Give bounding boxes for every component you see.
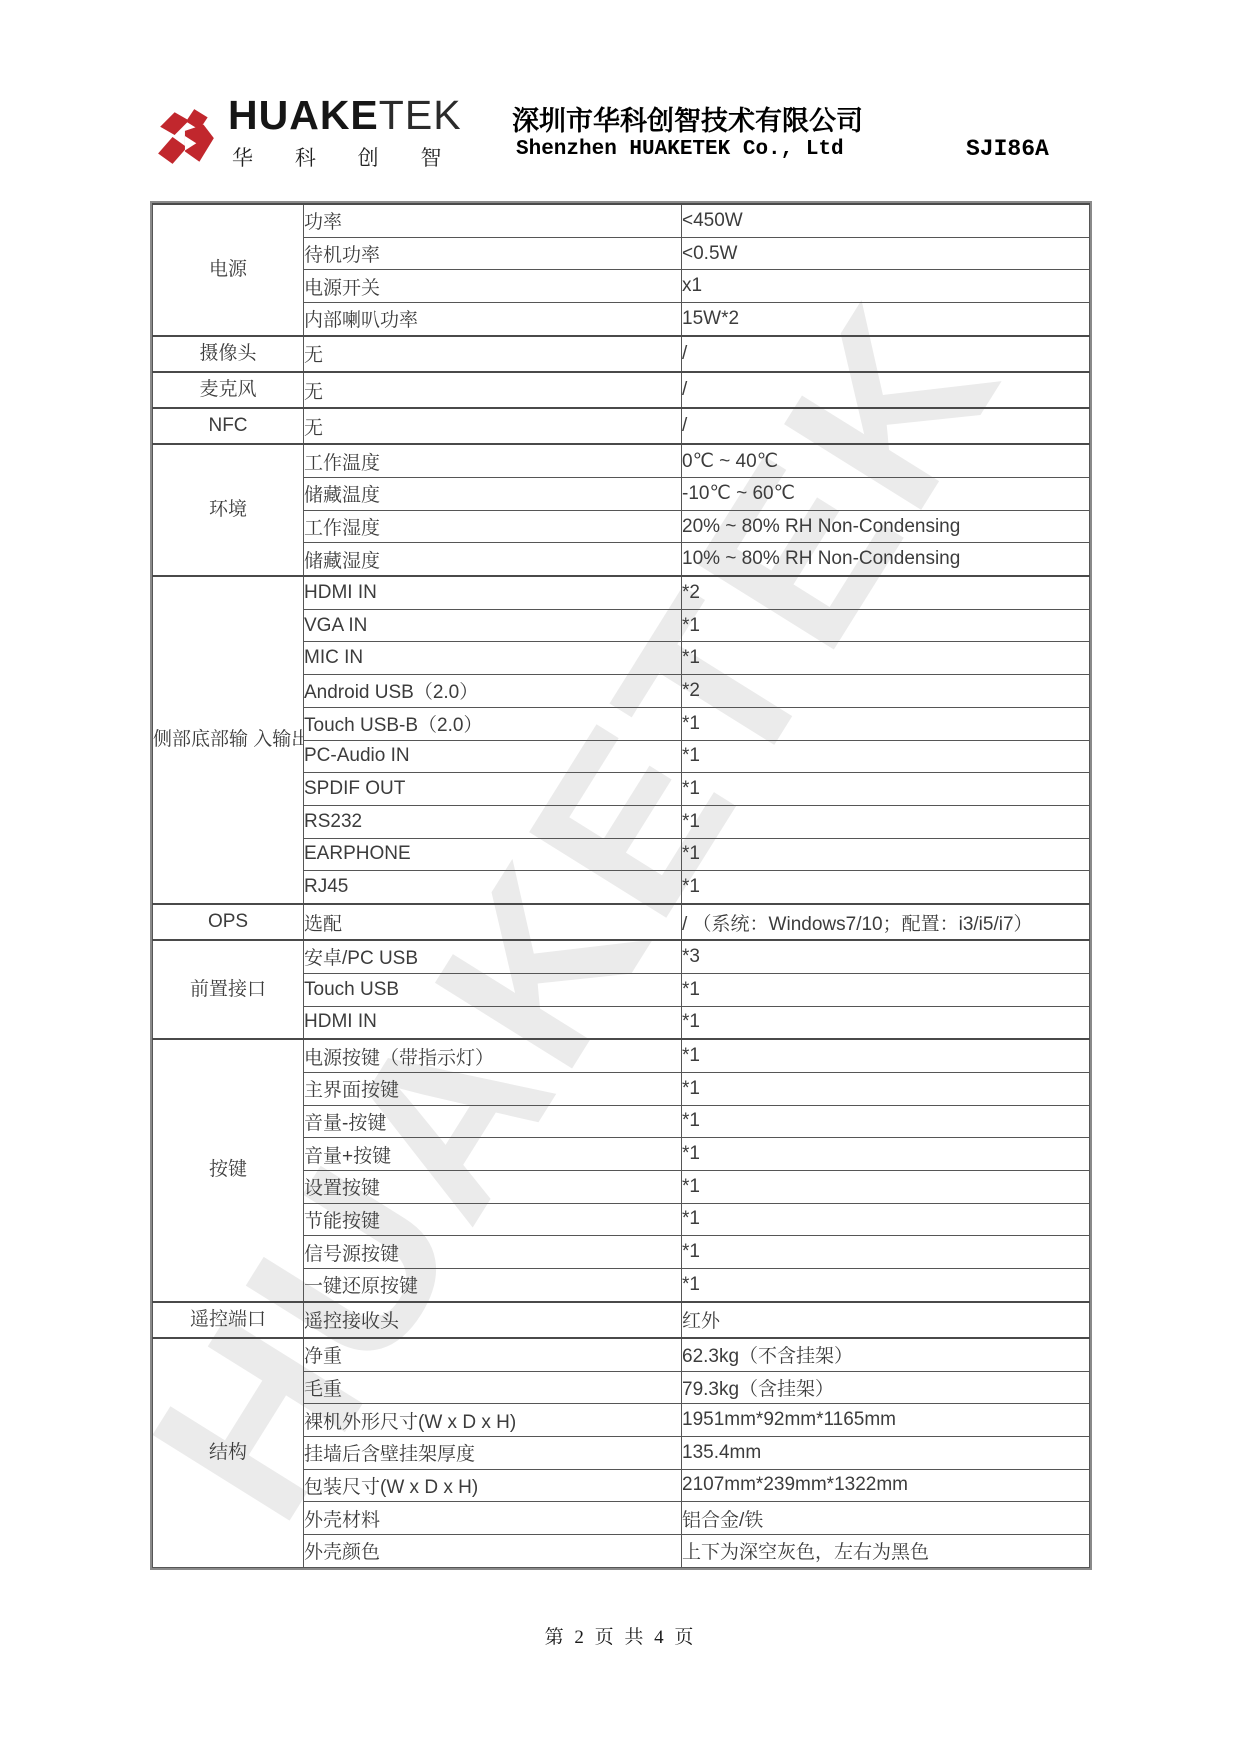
table-row: 按键电源按键（带指示灯）*1 bbox=[153, 1039, 1090, 1072]
value-cell: 2107mm*239mm*1322mm bbox=[682, 1469, 1090, 1502]
param-cell: 音量+按键 bbox=[304, 1138, 682, 1171]
param-cell: Android USB（2.0） bbox=[304, 675, 682, 708]
param-cell: 无 bbox=[304, 372, 682, 408]
value-cell: *1 bbox=[682, 1039, 1090, 1072]
value-cell: 红外 bbox=[682, 1302, 1090, 1338]
spec-table-body: 电源功率<450W待机功率<0.5W电源开关x1内部喇叭功率15W*2摄像头无/… bbox=[153, 204, 1090, 1567]
param-cell: 外壳颜色 bbox=[304, 1535, 682, 1568]
param-cell: 储藏湿度 bbox=[304, 543, 682, 576]
table-row: 结构净重62.3kg（不含挂架） bbox=[153, 1338, 1090, 1371]
document-page: HUAKETEK HUAKETEK 华 科 创 智 深圳市华科创智技术有限公司 … bbox=[0, 0, 1241, 1754]
brand-cn: 华 科 创 智 bbox=[232, 142, 460, 172]
param-cell: 音量-按键 bbox=[304, 1105, 682, 1138]
value-cell: 铝合金/铁 bbox=[682, 1502, 1090, 1535]
value-cell: *1 bbox=[682, 1170, 1090, 1203]
value-cell: / bbox=[682, 336, 1090, 372]
value-cell: *1 bbox=[682, 838, 1090, 871]
param-cell: 内部喇叭功率 bbox=[304, 303, 682, 336]
param-cell: 无 bbox=[304, 336, 682, 372]
value-cell: *1 bbox=[682, 973, 1090, 1006]
value-cell: *1 bbox=[682, 773, 1090, 806]
category-cell: OPS bbox=[153, 904, 304, 940]
param-cell: HDMI IN bbox=[304, 576, 682, 609]
model-number: SJI86A bbox=[966, 136, 1049, 162]
value-cell: *1 bbox=[682, 609, 1090, 642]
value-cell: *1 bbox=[682, 1269, 1090, 1302]
category-cell: 摄像头 bbox=[153, 336, 304, 372]
huaketek-logo-icon bbox=[157, 104, 217, 168]
value-cell: -10℃ ~ 60℃ bbox=[682, 478, 1090, 511]
value-cell: 15W*2 bbox=[682, 303, 1090, 336]
param-cell: Touch USB-B（2.0） bbox=[304, 707, 682, 740]
param-cell: 净重 bbox=[304, 1338, 682, 1371]
value-cell: 135.4mm bbox=[682, 1436, 1090, 1469]
company-name-en: Shenzhen HUAKETEK Co., Ltd bbox=[516, 138, 844, 161]
category-cell: 按键 bbox=[153, 1039, 304, 1302]
param-cell: VGA IN bbox=[304, 609, 682, 642]
param-cell: 设置按键 bbox=[304, 1170, 682, 1203]
value-cell: *1 bbox=[682, 642, 1090, 675]
value-cell: *1 bbox=[682, 707, 1090, 740]
param-cell: 挂墙后含壁挂架厚度 bbox=[304, 1436, 682, 1469]
param-cell: 遥控接收头 bbox=[304, 1302, 682, 1338]
table-row: 侧部底部输 入输出接口HDMI IN*2 bbox=[153, 576, 1090, 609]
param-cell: 一键还原按键 bbox=[304, 1269, 682, 1302]
param-cell: 选配 bbox=[304, 904, 682, 940]
value-cell: 10% ~ 80% RH Non-Condensing bbox=[682, 543, 1090, 576]
spec-table: 电源功率<450W待机功率<0.5W电源开关x1内部喇叭功率15W*2摄像头无/… bbox=[152, 203, 1090, 1568]
value-cell: *2 bbox=[682, 576, 1090, 609]
param-cell: 功率 bbox=[304, 204, 682, 237]
param-cell: RS232 bbox=[304, 805, 682, 838]
value-cell: *1 bbox=[682, 1072, 1090, 1105]
param-cell: 节能按键 bbox=[304, 1203, 682, 1236]
value-cell: *1 bbox=[682, 740, 1090, 773]
param-cell: SPDIF OUT bbox=[304, 773, 682, 806]
company-name-cn: 深圳市华科创智技术有限公司 bbox=[512, 99, 863, 138]
param-cell: 毛重 bbox=[304, 1371, 682, 1404]
value-cell: / bbox=[682, 408, 1090, 444]
param-cell: 裸机外形尺寸(W x D x H) bbox=[304, 1404, 682, 1437]
param-cell: 电源按键（带指示灯） bbox=[304, 1039, 682, 1072]
param-cell: 无 bbox=[304, 408, 682, 444]
value-cell: x1 bbox=[682, 270, 1090, 303]
value-cell: 62.3kg（不含挂架） bbox=[682, 1338, 1090, 1371]
value-cell: <0.5W bbox=[682, 237, 1090, 270]
param-cell: EARPHONE bbox=[304, 838, 682, 871]
value-cell: *1 bbox=[682, 1236, 1090, 1269]
category-cell: 侧部底部输 入输出接口 bbox=[153, 576, 304, 904]
value-cell: 20% ~ 80% RH Non-Condensing bbox=[682, 510, 1090, 543]
param-cell: Touch USB bbox=[304, 973, 682, 1006]
param-cell: 安卓/PC USB bbox=[304, 940, 682, 973]
value-cell: *1 bbox=[682, 871, 1090, 904]
category-cell: NFC bbox=[153, 408, 304, 444]
category-cell: 前置接口 bbox=[153, 940, 304, 1039]
category-cell: 遥控端口 bbox=[153, 1302, 304, 1338]
value-cell: <450W bbox=[682, 204, 1090, 237]
value-cell: *3 bbox=[682, 940, 1090, 973]
table-row: 前置接口安卓/PC USB*3 bbox=[153, 940, 1090, 973]
value-cell: 上下为深空灰色，左右为黑色 bbox=[682, 1535, 1090, 1568]
param-cell: 电源开关 bbox=[304, 270, 682, 303]
table-row: 麦克风无/ bbox=[153, 372, 1090, 408]
spec-table-wrap: 电源功率<450W待机功率<0.5W电源开关x1内部喇叭功率15W*2摄像头无/… bbox=[150, 201, 1092, 1570]
value-cell: *1 bbox=[682, 1203, 1090, 1236]
table-row: 环境工作温度0℃ ~ 40℃ bbox=[153, 444, 1090, 477]
value-cell: *1 bbox=[682, 1105, 1090, 1138]
param-cell: 主界面按键 bbox=[304, 1072, 682, 1105]
param-cell: 储藏温度 bbox=[304, 478, 682, 511]
table-row: 电源功率<450W bbox=[153, 204, 1090, 237]
param-cell: 工作温度 bbox=[304, 444, 682, 477]
value-cell: *1 bbox=[682, 1006, 1090, 1039]
param-cell: PC-Audio IN bbox=[304, 740, 682, 773]
category-cell: 麦克风 bbox=[153, 372, 304, 408]
category-cell: 环境 bbox=[153, 444, 304, 576]
brand-light: TEK bbox=[379, 92, 462, 138]
param-cell: 包装尺寸(W x D x H) bbox=[304, 1469, 682, 1502]
table-row: 遥控端口遥控接收头红外 bbox=[153, 1302, 1090, 1338]
table-row: OPS选配/ （系统：Windows7/10；配置：i3/i5/i7） bbox=[153, 904, 1090, 940]
param-cell: MIC IN bbox=[304, 642, 682, 675]
value-cell: *2 bbox=[682, 675, 1090, 708]
value-cell: 79.3kg（含挂架） bbox=[682, 1371, 1090, 1404]
param-cell: 待机功率 bbox=[304, 237, 682, 270]
value-cell: *1 bbox=[682, 805, 1090, 838]
param-cell: RJ45 bbox=[304, 871, 682, 904]
category-cell: 电源 bbox=[153, 204, 304, 336]
value-cell: *1 bbox=[682, 1138, 1090, 1171]
param-cell: 外壳材料 bbox=[304, 1502, 682, 1535]
brand-text: HUAKETEK bbox=[228, 92, 462, 139]
table-row: 摄像头无/ bbox=[153, 336, 1090, 372]
table-row: NFC无/ bbox=[153, 408, 1090, 444]
param-cell: 工作湿度 bbox=[304, 510, 682, 543]
category-cell: 结构 bbox=[153, 1338, 304, 1567]
param-cell: HDMI IN bbox=[304, 1006, 682, 1039]
param-cell: 信号源按键 bbox=[304, 1236, 682, 1269]
value-cell: 0℃ ~ 40℃ bbox=[682, 444, 1090, 477]
page-number: 第 2 页 共 4 页 bbox=[0, 1622, 1241, 1649]
brand-bold: HUAKE bbox=[228, 92, 379, 138]
value-cell: 1951mm*92mm*1165mm bbox=[682, 1404, 1090, 1437]
value-cell: / bbox=[682, 372, 1090, 408]
value-cell: / （系统：Windows7/10；配置：i3/i5/i7） bbox=[682, 904, 1090, 940]
